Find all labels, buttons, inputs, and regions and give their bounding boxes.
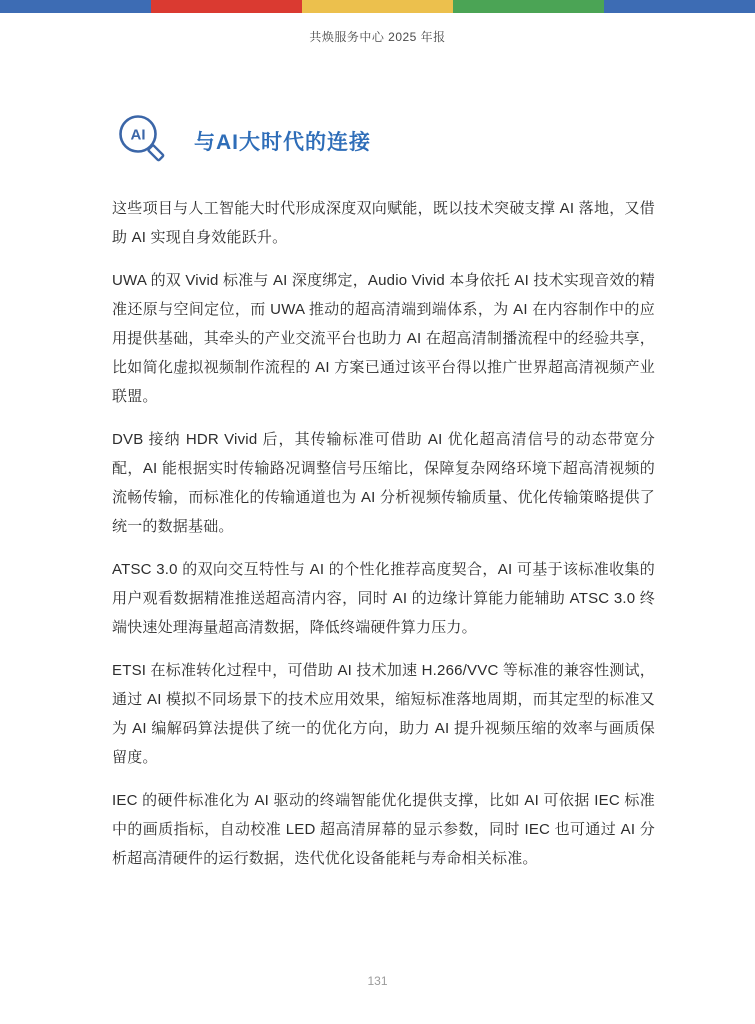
accent-bar-segment [604, 0, 755, 13]
body-paragraph: DVB 接纳 HDR Vivid 后，其传输标准可借助 AI 优化超高清信号的动… [112, 425, 655, 541]
ai-icon-label: AI [131, 127, 146, 144]
top-accent-bar [0, 0, 755, 13]
section-title-row: AI 与AI大时代的连接 [112, 110, 655, 172]
running-header: 共焕服务中心 2025 年报 [0, 28, 755, 45]
section-title: 与AI大时代的连接 [194, 126, 371, 156]
page-number: 131 [0, 974, 755, 988]
body-paragraph: ETSI 在标准转化过程中，可借助 AI 技术加速 H.266/VVC 等标准的… [112, 656, 655, 772]
body-content: 这些项目与人工智能大时代形成深度双向赋能，既以技术突破支撑 AI 落地，又借助 … [112, 194, 655, 887]
body-paragraph: UWA 的双 Vivid 标准与 AI 深度绑定，Audio Vivid 本身依… [112, 266, 655, 411]
body-paragraph: 这些项目与人工智能大时代形成深度双向赋能，既以技术突破支撑 AI 落地，又借助 … [112, 194, 655, 252]
accent-bar-segment [0, 0, 151, 13]
accent-bar-segment [302, 0, 453, 13]
accent-bar-segment [151, 0, 302, 13]
body-paragraph: IEC 的硬件标准化为 AI 驱动的终端智能优化提供支撑，比如 AI 可依据 I… [112, 786, 655, 873]
accent-bar-segment [453, 0, 604, 13]
body-paragraph: ATSC 3.0 的双向交互特性与 AI 的个性化推荐高度契合，AI 可基于该标… [112, 555, 655, 642]
document-page: 共焕服务中心 2025 年报 AI 与AI大时代的连接 这些项目与人工智能大时代… [0, 0, 755, 1024]
ai-magnifier-icon: AI [112, 110, 174, 172]
